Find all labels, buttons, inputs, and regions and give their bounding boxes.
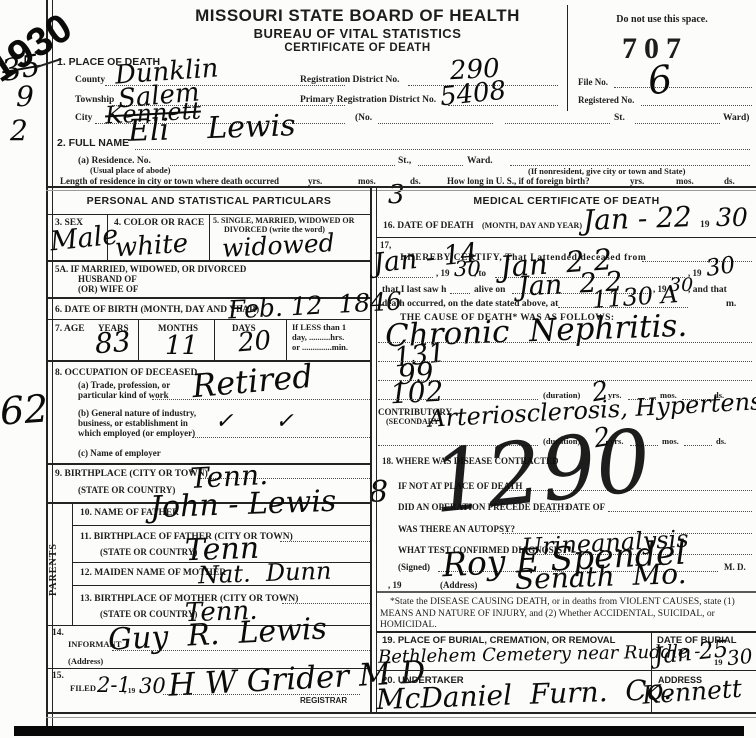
date-of-death-label: 16. DATE OF DEATH	[383, 221, 474, 231]
filed-19-label: , 19	[124, 687, 135, 695]
full-name-label: 2. FULL NAME	[57, 138, 129, 150]
form-left-border	[46, 0, 48, 727]
occupation-a-value: Retired	[191, 359, 314, 405]
md-label: M. D.	[724, 563, 746, 573]
supplemental-box-border	[567, 5, 568, 111]
rule	[377, 591, 756, 593]
rule	[46, 319, 371, 320]
date-of-death-value: Jan - 22	[582, 202, 692, 237]
city-ward-label: Ward)	[723, 113, 749, 123]
rule	[46, 186, 756, 188]
dod-19-printed: 19	[700, 220, 710, 230]
age-months-value: 11	[165, 332, 198, 361]
sex-value: Male	[49, 221, 120, 258]
age-years-value: 83	[94, 327, 132, 360]
column-divider	[370, 186, 372, 714]
city-st-label: St.	[614, 113, 625, 123]
dotted-line	[450, 293, 470, 294]
if-less-label-2: day, ..........hrs.	[292, 333, 344, 342]
dotted-line	[135, 149, 750, 150]
wife-of-label: (OR) WIFE OF	[78, 285, 138, 295]
informant-number: 14.	[52, 628, 64, 638]
margin-mark-9: 9	[16, 82, 34, 113]
rule	[377, 631, 756, 633]
rule	[377, 237, 756, 238]
rule	[377, 670, 756, 671]
informant-address-label: (Address)	[68, 657, 103, 666]
if-less-label-3: or ..............min.	[292, 343, 348, 352]
rule	[46, 260, 371, 262]
footnote-text: *State the DISEASE CAUSING DEATH, or in …	[380, 597, 752, 632]
birthplace-label: 9. BIRTHPLACE (CITY OR TOWN)	[55, 469, 208, 479]
rule	[46, 360, 371, 362]
city-no-label: (No.	[355, 113, 372, 123]
from-19-label: , 19	[436, 269, 450, 279]
signed-label: (Signed)	[398, 563, 430, 573]
father-birthplace-sub: (STATE OR COUNTRY)	[100, 548, 197, 558]
dotted-line	[505, 123, 610, 124]
cell-border	[214, 319, 215, 361]
signed-19-label: , 19	[388, 581, 402, 591]
personal-section-header: PERSONAL AND STATISTICAL PARTICULARS	[47, 196, 371, 208]
form-title: MISSOURI STATE BOARD OF HEALTH	[150, 7, 565, 26]
form-left-border-inner	[52, 0, 53, 727]
to-label: , to	[474, 269, 486, 279]
rule	[46, 190, 756, 191]
cell-border	[138, 319, 139, 361]
filed-year-value: 30	[139, 675, 166, 698]
rule	[72, 585, 371, 586]
dotted-line	[641, 105, 752, 106]
dotted-line	[378, 361, 752, 362]
alive-on-label: alive on	[474, 285, 505, 295]
father-name-value: John - Lewis	[149, 485, 336, 524]
county-label: County	[75, 75, 105, 85]
duration-2-ds: ds.	[716, 437, 726, 446]
registration-district-label: Registration District No.	[300, 75, 399, 85]
dotted-line	[282, 603, 370, 604]
full-name-value: Eli Lewis	[127, 109, 296, 148]
filed-label: FILED	[70, 684, 96, 693]
duration-2-mos: mos.	[662, 437, 679, 446]
burial-19-printed: 19	[714, 658, 723, 667]
death-certificate: 1930 35 9 2 62 3 8 MISSOURI STATE BOARD …	[0, 0, 756, 738]
registered-no-label: Registered No.	[578, 96, 634, 106]
registrar-label: REGISTRAR	[300, 697, 347, 706]
dotted-line	[684, 445, 712, 446]
overlay-scrawl: 1290	[428, 414, 656, 531]
rule	[46, 712, 756, 714]
dotted-line	[378, 277, 433, 278]
form-subtitle: BUREAU OF VITAL STATISTICS	[150, 27, 565, 41]
margin-mark-2: 2	[10, 116, 28, 147]
occupation-label: 8. OCCUPATION OF DECEASED	[55, 368, 197, 378]
registered-number-value: 6	[645, 59, 675, 104]
residence-st-label: St.,	[398, 156, 411, 166]
city-label: City	[75, 113, 92, 123]
medical-section-header: MEDICAL CERTIFICATE OF DEATH	[377, 196, 756, 208]
dotted-line	[192, 437, 370, 438]
dod-year-value: 30	[716, 204, 748, 232]
dotted-line	[378, 123, 493, 124]
residence-ward-label: Ward.	[467, 156, 493, 166]
age-label: 7. AGE	[55, 324, 85, 334]
primary-registration-label: Primary Registration District No.	[300, 95, 436, 105]
death-occurred-label: death occurred, on the date stated above…	[382, 299, 558, 309]
dotted-line	[642, 261, 752, 262]
dotted-line	[614, 87, 752, 88]
burial-year-value: 30	[726, 645, 754, 670]
file-no-label: File No.	[578, 78, 608, 88]
scan-edge-bar	[14, 726, 744, 736]
dotted-line	[635, 123, 720, 124]
and-that-label: , and that	[688, 285, 727, 295]
occupation-b-label-3: which employed (or employer)	[78, 429, 195, 439]
primary-registration-value: 5408	[439, 77, 508, 112]
date-of-death-sub: (MONTH, DAY AND YEAR)	[482, 222, 582, 231]
dotted-line	[418, 165, 463, 166]
undertaker-value: McDaniel Furn. Co.	[376, 675, 673, 716]
rule	[72, 525, 371, 526]
dotted-line	[170, 165, 395, 166]
nonresident-label: (If nonresident, give city or town and S…	[528, 167, 685, 176]
margin-mark-62: 62	[0, 388, 50, 433]
occupation-c-label: (c) Name of employer	[78, 449, 161, 459]
signer-address-label: (Address)	[440, 581, 477, 591]
race-label: 4. COLOR OR RACE	[114, 218, 204, 228]
parents-bracket-border	[72, 502, 73, 626]
age-days-value: 20	[237, 327, 272, 358]
filed-number: 15.	[52, 671, 64, 681]
dotted-line	[280, 541, 370, 542]
if-less-label-1: If LESS than 1	[292, 323, 346, 332]
marital-value: widowed	[221, 229, 335, 262]
abode-label: (Usual place of abode)	[90, 166, 171, 175]
parents-vertical-label: PARENTS	[48, 543, 59, 596]
cell-border	[286, 319, 287, 361]
cell-border	[209, 214, 210, 260]
to-year-value: 30	[704, 253, 737, 282]
do-not-use-label: Do not use this space.	[577, 14, 747, 25]
occupation-b-checkmarks: ✓ ✓	[215, 410, 294, 434]
last-saw-label: that I last saw h	[382, 285, 446, 295]
race-value: white	[114, 229, 189, 263]
m-label: m.	[726, 299, 736, 309]
rule	[46, 717, 756, 718]
